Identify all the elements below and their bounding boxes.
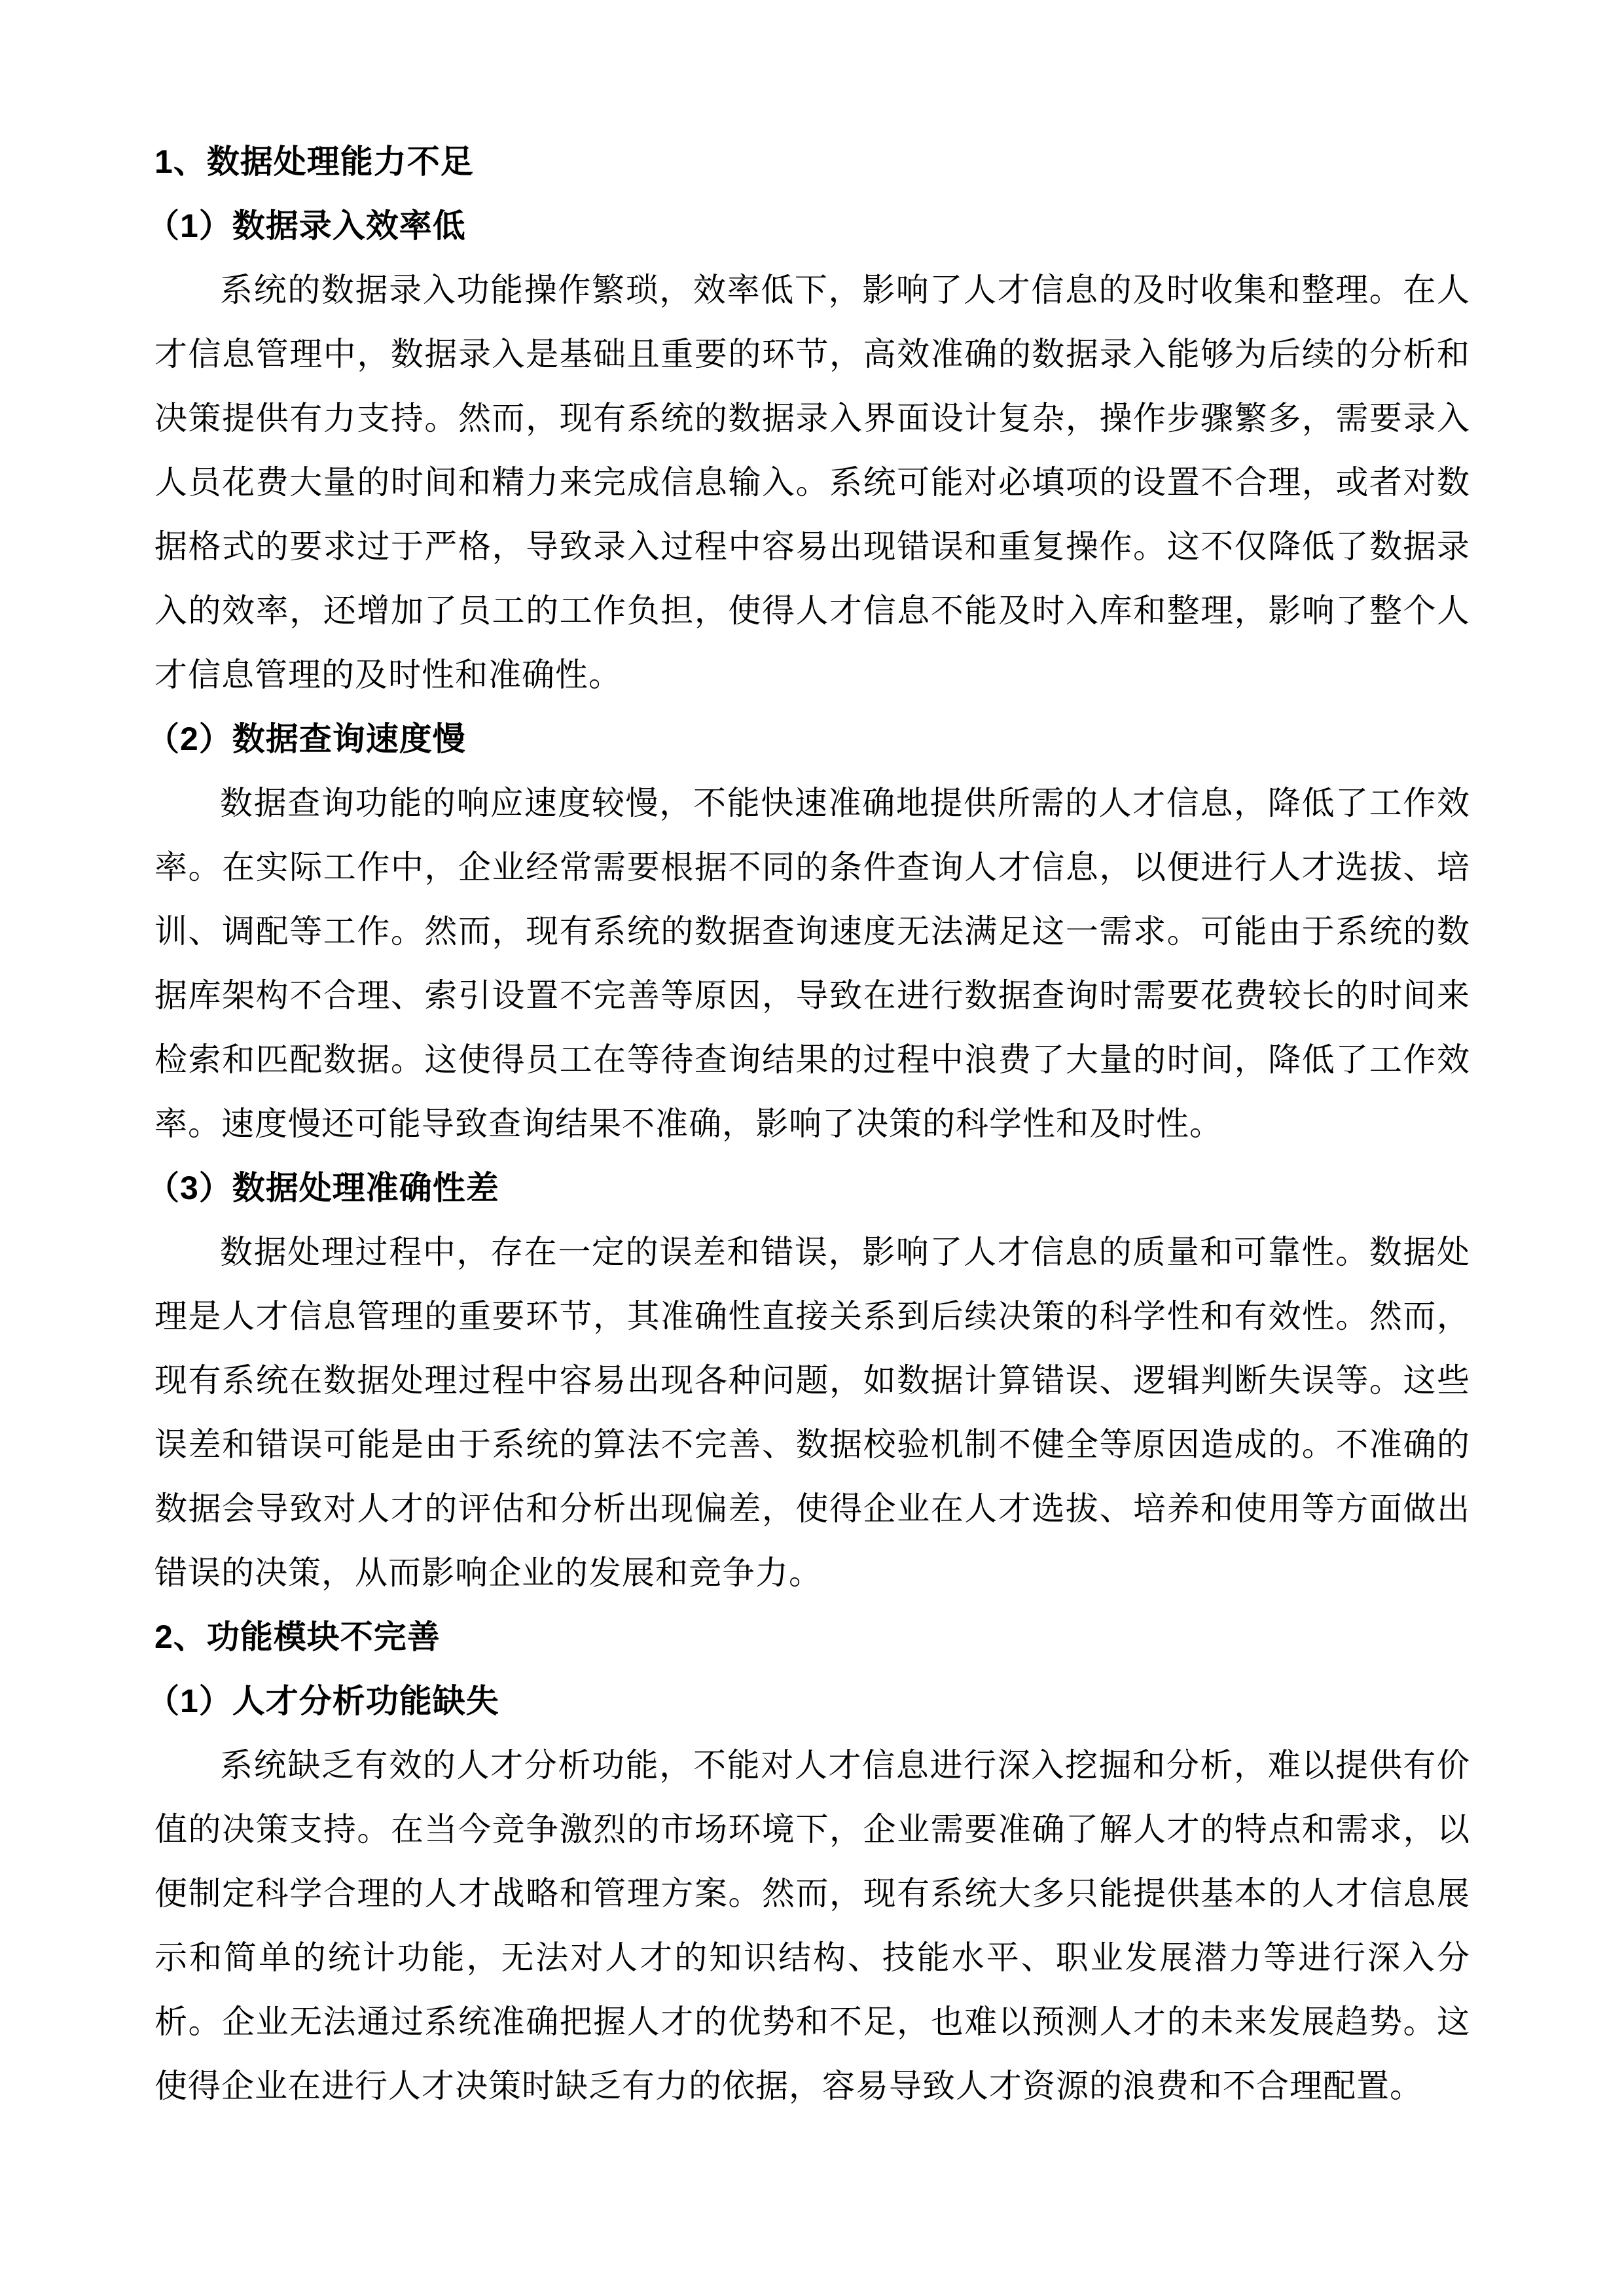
heading-1: 1、数据处理能力不足 xyxy=(154,130,1470,194)
heading-1: 2、功能模块不完善 xyxy=(154,1605,1470,1669)
paragraph: 系统的数据录入功能操作繁琐，效率低下，影响了人才信息的及时收集和整理。在人才信息… xyxy=(154,258,1470,707)
heading-2: （1）数据录入效率低 xyxy=(147,194,1470,258)
document-page: 1、数据处理能力不足（1）数据录入效率低系统的数据录入功能操作繁琐，效率低下，影… xyxy=(0,0,1624,2296)
heading-2: （3）数据处理准确性差 xyxy=(147,1156,1470,1220)
paragraph: 系统缺乏有效的人才分析功能，不能对人才信息进行深入挖掘和分析，难以提供有价值的决… xyxy=(154,1733,1470,2118)
document-body: 1、数据处理能力不足（1）数据录入效率低系统的数据录入功能操作繁琐，效率低下，影… xyxy=(154,130,1470,2118)
heading-2: （2）数据查询速度慢 xyxy=(147,707,1470,771)
heading-2: （1）人才分析功能缺失 xyxy=(147,1669,1470,1733)
paragraph: 数据查询功能的响应速度较慢，不能快速准确地提供所需的人才信息，降低了工作效率。在… xyxy=(154,771,1470,1156)
paragraph: 数据处理过程中，存在一定的误差和错误，影响了人才信息的质量和可靠性。数据处理是人… xyxy=(154,1220,1470,1605)
